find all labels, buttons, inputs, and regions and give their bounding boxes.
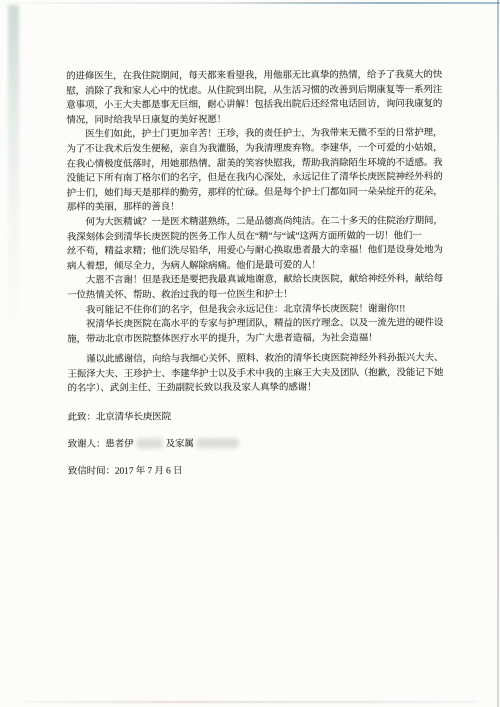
- letter-line: 一位热情关怀、帮助、救治过我的每一位医生和护士！: [67, 287, 449, 303]
- scan-artifact-right-edge-line: [497, 0, 499, 707]
- letter-paragraph: 我可能记不住你们的名字，但是我会永远记住：北京清华长庚医院！谢谢你!!!: [67, 302, 449, 318]
- sender-family-label: 及家属: [166, 439, 194, 449]
- letter-line: 的进修医生，在我住院期间，每天都来看望我，用他那无比真挚的热情，给予了我莫大的快: [66, 68, 448, 84]
- letter-line: 我可能记不住你们的名字，但是我会永远记住：北京清华长庚医院！谢谢你!!!: [67, 302, 449, 318]
- letter-line: 谨以此感谢信，向给与我细心关怀、照料、救治的清华长庚医院神经外科孙振兴大夫、: [67, 351, 449, 367]
- sender-prefix: 致谢人：患者伊: [68, 440, 134, 450]
- letter-line: 祝清华长庚医院在高水平的专家与护理团队，精益的医疗理念、以及一流先进的硬件设: [67, 316, 449, 332]
- letter-paragraph: 的进修医生，在我住院期间，每天都来看望我，用他那无比真挚的热情，给予了我莫大的快…: [66, 68, 448, 128]
- salute-line: 此致：北京清华长庚医院: [68, 409, 450, 425]
- letter-paragraph: 医生们如此，护士门更加辛苦！王珍，我的责任护士，为我带来无微不至的日常护理，为了…: [66, 127, 448, 216]
- letter-paragraphs: 的进修医生，在我住院期间，每天都来看望我，用他那无比真挚的热情，给予了我莫大的快…: [66, 68, 449, 397]
- letter-line: 没能记下所有南丁格尔们的名字，但是在我内心深处，永远记住了清华长庚医院神经外科的: [67, 170, 449, 186]
- scan-artifact-top-edge-line: [0, 2, 500, 4]
- letter-paragraph: 大恩不言谢！但是我还是要把我最真诚地谢意，献给长庚医院，献给神经外科，献给每一位…: [67, 272, 449, 303]
- scanned-letter-page: 的进修医生，在我住院期间，每天都来看望我，用他那无比真挚的热情，给予了我莫大的快…: [0, 0, 500, 707]
- letter-line: 那样的美丽，那样的善良！: [67, 200, 449, 216]
- letter-paragraph: 何为大医精诚？一是医术精湛熟练，二是品德高尚纯洁。在二十多天的住院治疗期间，我深…: [67, 214, 449, 274]
- letter-line: 护士们，她们每天是那样的勤劳，那样的忙碌。但是每个护士门都如同一朵朵绽开的花朵，: [67, 185, 449, 201]
- letter-line: 为了不让我术后发生便秘，亲自为我灌肠，为我清理废弃物。李建华，一个可爱的小姑娘，: [66, 141, 448, 157]
- letter-line: 在我心情极度低落时，用她那热情、甜美的笑容快慰我，帮助我消除陌生环境的不适感。我: [66, 156, 448, 172]
- letter-body: 的进修医生，在我住院期间，每天都来看望我，用他那无比真挚的热情，给予了我莫大的快…: [66, 68, 450, 479]
- letter-line: 情况，同时给我早日康复的美好祝愿！: [66, 112, 448, 128]
- redacted-family-name: [197, 438, 239, 448]
- scan-artifact-bottom-edge-line: [22, 701, 478, 703]
- letter-paragraph: 祝清华长庚医院在高水平的专家与护理团队，精益的医疗理念、以及一流先进的硬件设施，…: [67, 316, 449, 347]
- letter-line: 丝不苟，精益求精；他们洗尽铅华，用爱心与耐心换取患者最大的幸福！他们是设身处地为: [67, 243, 449, 259]
- letter-line: 何为大医精诚？一是医术精湛熟练，二是品德高尚纯洁。在二十多天的住院治疗期间，: [67, 214, 449, 230]
- letter-line: 施，带动北京市医院整体医疗水平的提升，为广大患者造福，为社会造福！: [67, 331, 449, 347]
- letter-line: 慰，消除了我和家人心中的忧虑。从住院到出院，从生活习惯的改善到后期康复等一系列注: [66, 83, 448, 99]
- letter-line: 王振泽大夫、王珍护士、李建华护士以及手术中我的主麻王大夫及团队（抱歉，没能记下她: [67, 366, 449, 382]
- letter-line: 我深刻体会到清华长庚医院的医务工作人员在“精”与“诚”这两方面所做的一切！他们一: [67, 229, 449, 245]
- letter-line: 大恩不言谢！但是我还是要把我最真诚地谢意，献给长庚医院，献给神经外科，献给每: [67, 272, 449, 288]
- scan-artifact-left-band: [8, 5, 19, 335]
- redacted-patient-name: [137, 438, 163, 448]
- date-line: 致信时间：2017 年 7 月 6 日: [68, 463, 450, 479]
- sender-line: 致谢人：患者伊及家属: [68, 436, 450, 452]
- letter-line: 意事项，小王大夫都是事无巨细，耐心讲解！包括我出院后还经常电话回访，询问我康复的: [66, 97, 448, 113]
- letter-paragraph: 谨以此感谢信，向给与我细心关怀、照料、救治的清华长庚医院神经外科孙振兴大夫、王振…: [67, 351, 449, 396]
- letter-line: 的名字）、武剑主任、王劲副院长致以我及家人真挚的感谢！: [67, 381, 449, 397]
- letter-line: 病人着想，倾尽全力，为病人解除病痛。他们是最可爱的人！: [67, 258, 449, 274]
- letter-line: 医生们如此，护士门更加辛苦！王珍，我的责任护士，为我带来无微不至的日常护理，: [66, 127, 448, 143]
